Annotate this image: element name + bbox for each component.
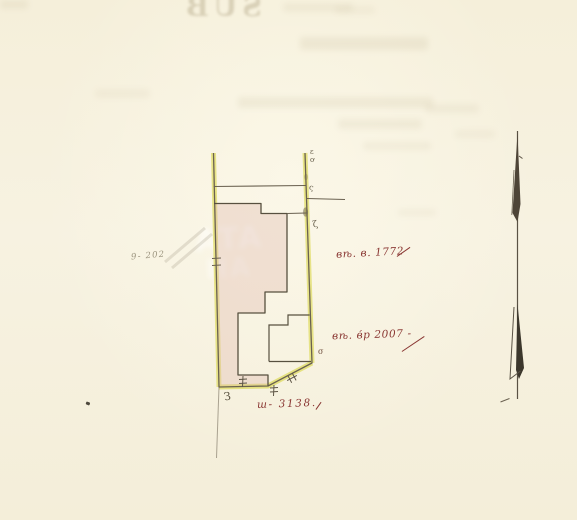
plot-sketch	[0, 0, 577, 520]
bottom-survey-number: ш- 3138.	[257, 397, 317, 411]
top-right-glyph-upper: ε	[310, 149, 314, 156]
scanned-survey-page: SUB ATA HA	[0, 0, 577, 520]
cross-line	[214, 186, 306, 187]
building-fill	[214, 204, 287, 386]
cross-line	[287, 213, 307, 214]
boundary-extension-line	[217, 387, 220, 458]
north-arrow-icon	[501, 131, 525, 402]
corner-glyph: З	[223, 391, 231, 403]
inner-structure-outline	[269, 315, 311, 362]
top-right-glyph-lower: ơ	[310, 157, 314, 164]
erased-strokes	[165, 228, 212, 268]
offset-line	[307, 199, 345, 200]
brown-small-glyph: σ	[318, 348, 323, 356]
